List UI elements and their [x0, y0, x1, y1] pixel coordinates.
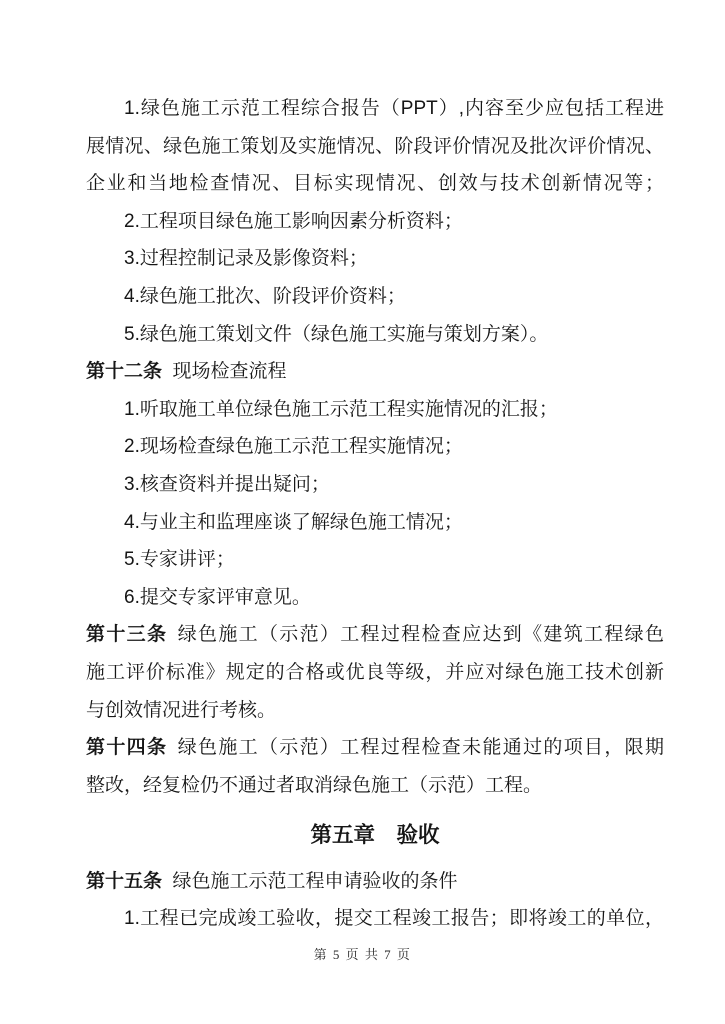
- line-text: 3.过程控制记录及影像资料；: [124, 248, 368, 269]
- chapter-5-heading: 第五章 验收: [86, 817, 664, 855]
- doc-line: 2.现场检查绿色施工示范工程实施情况；: [86, 428, 664, 466]
- article-title: 绿色施工示范工程申请验收的条件: [172, 871, 457, 892]
- doc-line: 5.专家讲评；: [86, 541, 664, 579]
- line-text: 6.提交专家评审意见。: [124, 587, 311, 608]
- doc-line: 4.与业主和监理座谈了解绿色施工情况；: [86, 504, 664, 542]
- line-text: 展情况、绿色施工策划及实施情况、阶段评价情况及批次评价情况、: [86, 136, 664, 157]
- article-number: 第十三条: [86, 624, 167, 645]
- article-number: 第十二条: [86, 361, 162, 382]
- doc-line: 与创效情况进行考核。: [86, 692, 664, 730]
- doc-line: 企业和当地检查情况、目标实现情况、创效与技术创新情况等；: [86, 165, 664, 203]
- chapter-title: 第五章 验收: [310, 823, 439, 847]
- article-15-heading: 第十五条绿色施工示范工程申请验收的条件: [86, 863, 664, 901]
- article-13-heading: 第十三条绿色施工（示范）工程过程检查应达到《建筑工程绿色: [86, 616, 664, 654]
- doc-line: 3.过程控制记录及影像资料；: [86, 240, 664, 278]
- doc-line: 2.工程项目绿色施工影响因素分析资料；: [86, 203, 664, 241]
- doc-line: 1.工程已完成竣工验收，提交工程竣工报告；即将竣工的单位，: [86, 900, 664, 938]
- line-text: 4.与业主和监理座谈了解绿色施工情况；: [124, 512, 463, 533]
- line-text: 与创效情况进行考核。: [86, 700, 276, 721]
- doc-line: 施工评价标准》规定的合格或优良等级，并应对绿色施工技术创新: [86, 654, 664, 692]
- article-number: 第十五条: [86, 871, 162, 892]
- line-text: 5.绿色施工策划文件（绿色施工实施与策划方案）。: [124, 324, 548, 345]
- line-text: 1.听取施工单位绿色施工示范工程实施情况的汇报；: [124, 399, 558, 420]
- doc-line: 1.听取施工单位绿色施工示范工程实施情况的汇报；: [86, 391, 664, 429]
- doc-line: 展情况、绿色施工策划及实施情况、阶段评价情况及批次评价情况、: [86, 128, 664, 166]
- doc-line: 4.绿色施工批次、阶段评价资料；: [86, 278, 664, 316]
- doc-line: 3.核查资料并提出疑问；: [86, 466, 664, 504]
- article-text: 绿色施工（示范）工程过程检查未能通过的项目，限期: [178, 737, 664, 758]
- doc-line: 6.提交专家评审意见。: [86, 579, 664, 617]
- line-text: 2.现场检查绿色施工示范工程实施情况；: [124, 436, 463, 457]
- article-number: 第十四条: [86, 737, 167, 758]
- doc-line: 5.绿色施工策划文件（绿色施工实施与策划方案）。: [86, 316, 664, 354]
- line-text: 施工评价标准》规定的合格或优良等级，并应对绿色施工技术创新: [86, 662, 664, 683]
- document-page: 1.绿色施工示范工程综合报告（PPT）,内容至少应包括工程进 展情况、绿色施工策…: [0, 0, 725, 1024]
- line-text: 1.绿色施工示范工程综合报告（PPT）,内容至少应包括工程进: [124, 98, 664, 119]
- line-text: 4.绿色施工批次、阶段评价资料；: [124, 286, 406, 307]
- line-text: 企业和当地检查情况、目标实现情况、创效与技术创新情况等；: [86, 173, 664, 194]
- line-text: 2.工程项目绿色施工影响因素分析资料；: [124, 211, 463, 232]
- page-footer: 第 5 页 共 7 页: [0, 944, 725, 963]
- doc-line: 1.绿色施工示范工程综合报告（PPT）,内容至少应包括工程进: [86, 90, 664, 128]
- line-text: 整改，经复检仍不通过者取消绿色施工（示范）工程。: [86, 775, 542, 796]
- article-12-heading: 第十二条现场检查流程: [86, 353, 664, 391]
- article-14-heading: 第十四条绿色施工（示范）工程过程检查未能通过的项目，限期: [86, 729, 664, 767]
- article-title: 现场检查流程: [172, 361, 286, 382]
- doc-line: 整改，经复检仍不通过者取消绿色施工（示范）工程。: [86, 767, 664, 805]
- article-text: 绿色施工（示范）工程过程检查应达到《建筑工程绿色: [178, 624, 664, 645]
- line-text: 1.工程已完成竣工验收，提交工程竣工报告；即将竣工的单位，: [124, 908, 664, 929]
- line-text: 5.专家讲评；: [124, 549, 235, 570]
- line-text: 3.核查资料并提出疑问；: [124, 474, 330, 495]
- document-body: 1.绿色施工示范工程综合报告（PPT）,内容至少应包括工程进 展情况、绿色施工策…: [86, 90, 664, 938]
